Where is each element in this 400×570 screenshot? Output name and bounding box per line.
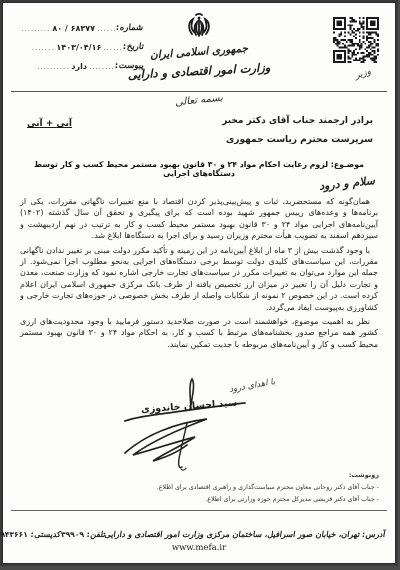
paragraph-1: همان‌گونه که مستحضرید، ثبات و پیش‌بینی‌پ… (20, 196, 378, 242)
iran-emblem-icon (186, 11, 212, 45)
addressee-title: سرپرست محترم ریاست جمهوری (222, 135, 373, 145)
letter-page: شماره: ...... ۸۰ / ۶۸۳۷۷ ......... تاریخ… (2, 2, 396, 564)
phone-value: ۳۹۹۰۹ (60, 530, 84, 539)
signature-block: با اهدای درود سید احسان خاندوزی (85, 375, 275, 475)
website-url: www.mefa.ir (3, 543, 395, 553)
footer-contact-line: آدرس: تهران، خیابان صور اسرافیل، ساختمان… (13, 530, 385, 539)
cc-item-1: - جناب آقای دکتر روحانی معاون محترم سیاس… (43, 484, 379, 491)
priority-tag: آنی + آنی (27, 119, 72, 129)
letter-body: همان‌گونه که مستحضرید، ثبات و پیش‌بینی‌پ… (20, 196, 378, 353)
paragraph-2: با وجود گذشت بیش از ۳ ماه از ابلاغ آیین‌… (20, 245, 378, 313)
subject-line: موضـوع: لزوم رعایت احکام مواد ۲۴ و ۳۰ قا… (23, 160, 375, 178)
postal-value: ۱۱۱۴۹۴۳۶۶۱ (0, 530, 29, 539)
footer-postal: کدپستی: ۱۱۱۴۹۴۳۶۶۱ (0, 530, 61, 539)
qr-code (333, 17, 379, 63)
addressee-block: برادر ارجمند جناب آقای دکتر مخبر سرپرست … (222, 116, 373, 145)
paragraph-3: نظر به اهمیت موضوع، خواهشمند است در صورت… (20, 316, 378, 350)
footer-divider (11, 510, 387, 511)
cc-label: رونوشت: (43, 471, 379, 479)
footer-address: آدرس: تهران، خیابان صور اسرافیل، ساختمان… (104, 530, 386, 539)
footer-block: آدرس: تهران، خیابان صور اسرافیل، ساختمان… (13, 530, 385, 539)
cc-block: رونوشت: - جناب آقای دکتر روحانی معاون مح… (43, 471, 379, 503)
phone-label: تلفن: (86, 530, 105, 539)
addressee-name: برادر ارجمند جناب آقای دکتر مخبر (222, 116, 373, 126)
footer-phone: تلفن: ۳۹۹۰۹ (60, 530, 105, 539)
postal-label: کدپستی: (30, 530, 61, 539)
cc-item-2: - جناب آقای دکتر قریشی مدیرکل محترم حوزه… (43, 496, 379, 503)
